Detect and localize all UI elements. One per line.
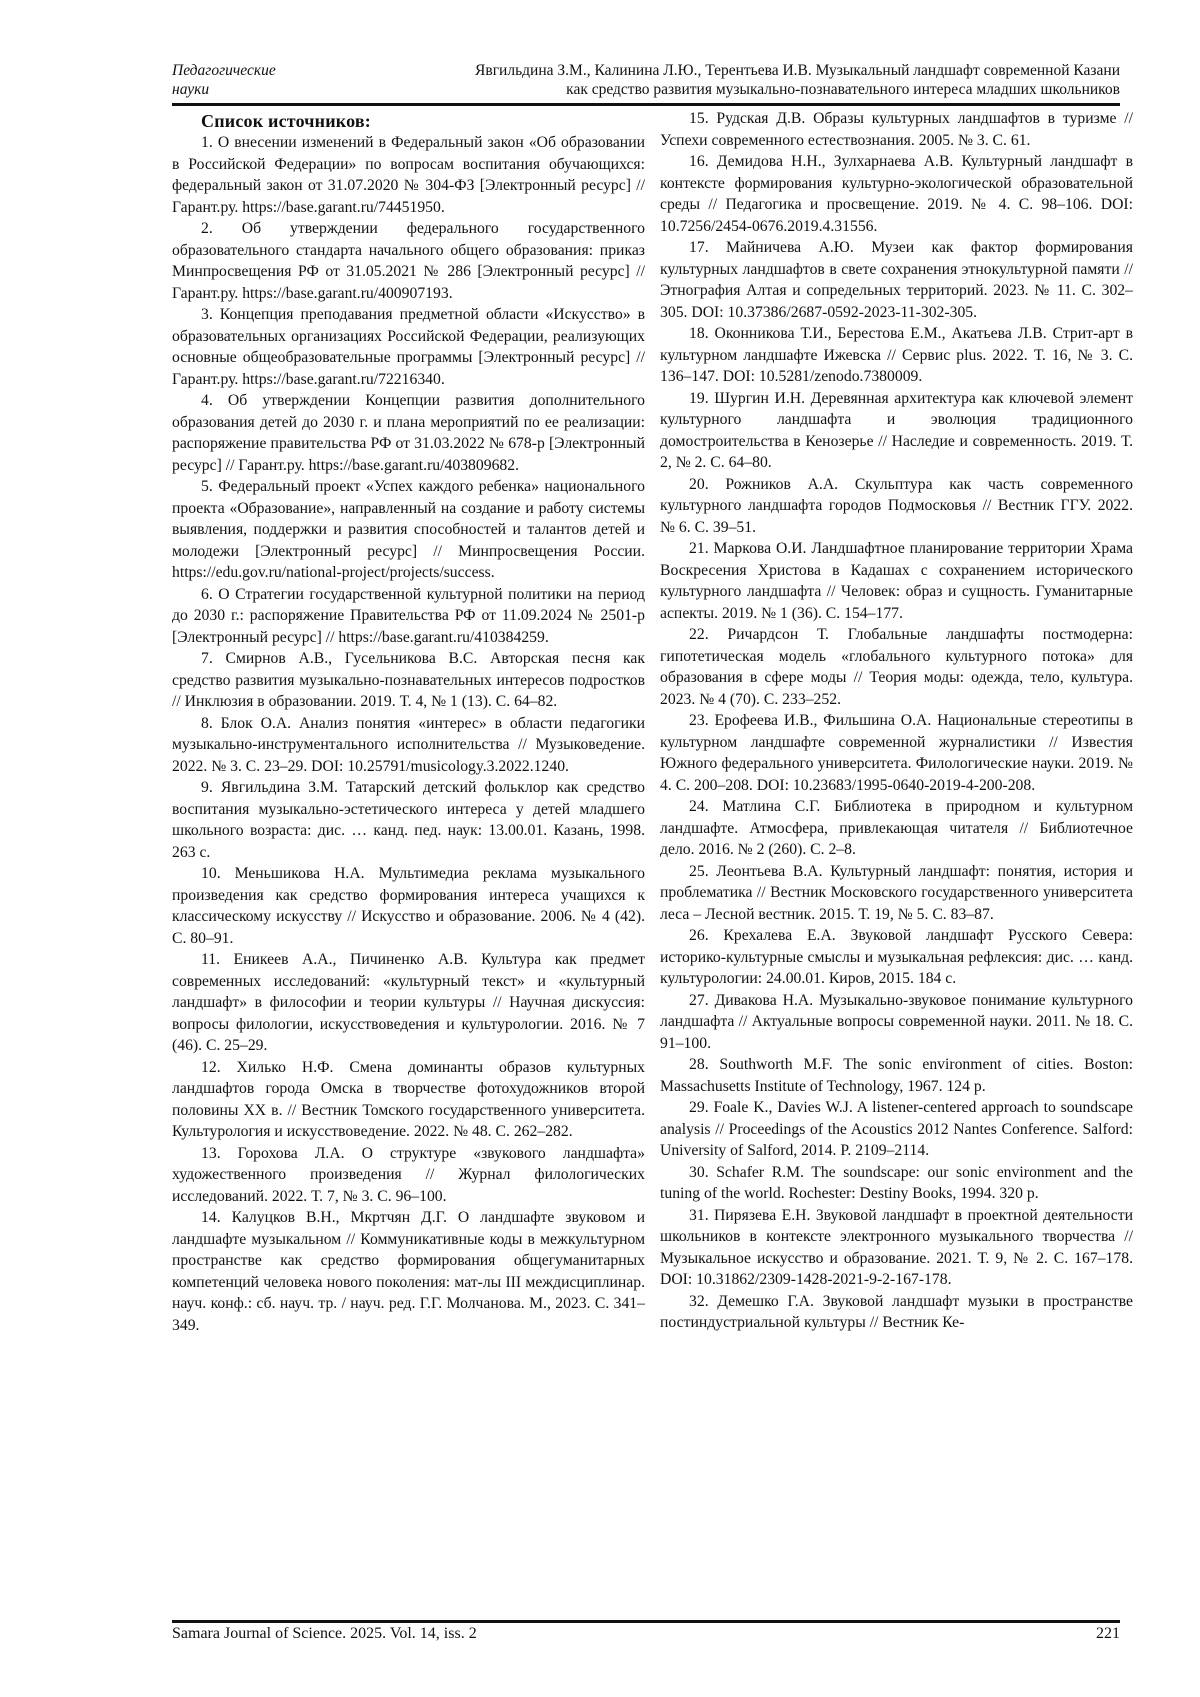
- journal-page: Педагогические науки Явгильдина З.М., Ка…: [0, 0, 1200, 1697]
- reference-item: 22. Ричардсон Т. Глобальные ландшафты по…: [660, 624, 1133, 710]
- reference-item: 17. Майничева А.Ю. Музеи как фактор форм…: [660, 237, 1133, 323]
- reference-item: 25. Леонтьева В.А. Культурный ландшафт: …: [660, 861, 1133, 926]
- references-right-column: 15. Рудская Д.В. Образы культурных ландш…: [660, 108, 1133, 1334]
- reference-item: 27. Дивакова Н.А. Музыкально-звуковое по…: [660, 990, 1133, 1055]
- reference-item: 32. Демешко Г.А. Звуковой ландшафт музык…: [660, 1291, 1133, 1334]
- reference-item: 15. Рудская Д.В. Образы культурных ландш…: [660, 108, 1133, 151]
- section-line-2: науки: [172, 80, 342, 99]
- reference-item: 30. Schafer R.M. The soundscape: our son…: [660, 1162, 1133, 1205]
- running-head: Педагогические науки Явгильдина З.М., Ка…: [172, 61, 1120, 105]
- reference-item: 16. Демидова Н.Н., Зулхарнаева А.В. Куль…: [660, 151, 1133, 237]
- reference-item: 6. О Стратегии государственной культурно…: [172, 584, 645, 649]
- reference-item: 24. Матлина С.Г. Библиотека в природном …: [660, 796, 1133, 861]
- reference-item: 4. Об утверждении Концепции развития доп…: [172, 390, 645, 476]
- reference-item: 1. О внесении изменений в Федеральный за…: [172, 132, 645, 218]
- running-title-line-2: как средство развития музыкально-познава…: [475, 80, 1120, 99]
- page-number: 221: [1096, 1624, 1120, 1644]
- reference-item: 23. Ерофеева И.В., Фильшина О.А. Национа…: [660, 710, 1133, 796]
- reference-item: 9. Явгильдина З.М. Татарский детский фол…: [172, 777, 645, 863]
- reference-item: 13. Горохова Л.А. О структуре «звукового…: [172, 1143, 645, 1208]
- running-head-section: Педагогические науки: [172, 61, 342, 99]
- reference-item: 28. Southworth M.F. The sonic environmen…: [660, 1054, 1133, 1097]
- reference-item: 26. Крехалева Е.А. Звуковой ландшафт Рус…: [660, 925, 1133, 990]
- reference-item: 3. Концепция преподавания предметной обл…: [172, 304, 645, 390]
- reference-item: 21. Маркова О.И. Ландшафтное планировани…: [660, 538, 1133, 624]
- reference-item: 31. Пирязева Е.Н. Звуковой ландшафт в пр…: [660, 1205, 1133, 1291]
- running-head-title: Явгильдина З.М., Калинина Л.Ю., Терентье…: [475, 61, 1120, 99]
- footer-rule: [172, 1620, 1120, 1623]
- reference-item: 19. Шургин И.Н. Деревянная архитектура к…: [660, 388, 1133, 474]
- reference-item: 7. Смирнов А.В., Гусельникова В.С. Автор…: [172, 648, 645, 713]
- reference-item: 8. Блок О.А. Анализ понятия «интерес» в …: [172, 713, 645, 778]
- reference-item: 11. Еникеев А.А., Пичиненко А.В. Культур…: [172, 949, 645, 1057]
- section-line-1: Педагогические: [172, 62, 276, 79]
- reference-item: 2. Об утверждении федерального государст…: [172, 218, 645, 304]
- journal-citation: Samara Journal of Science. 2025. Vol. 14…: [172, 1624, 477, 1644]
- references-heading: Список источников:: [201, 110, 645, 132]
- header-rule: [172, 103, 1120, 106]
- reference-item: 5. Федеральный проект «Успех каждого реб…: [172, 476, 645, 584]
- reference-item: 14. Калуцков В.Н., Мкртчян Д.Г. О ландша…: [172, 1207, 645, 1336]
- reference-item: 20. Рожников А.А. Скульптура как часть с…: [660, 474, 1133, 539]
- reference-item: 18. Оконникова Т.И., Берестова Е.М., Ака…: [660, 323, 1133, 388]
- reference-item: 29. Foale K., Davies W.J. A listener-cen…: [660, 1097, 1133, 1162]
- reference-item: 12. Хилько Н.Ф. Смена доминанты образов …: [172, 1057, 645, 1143]
- references-left-column: Список источников: 1. О внесении изменен…: [172, 110, 645, 1336]
- running-title-line-1: Явгильдина З.М., Калинина Л.Ю., Терентье…: [475, 61, 1120, 80]
- reference-item: 10. Меньшикова Н.А. Мультимедиа реклама …: [172, 863, 645, 949]
